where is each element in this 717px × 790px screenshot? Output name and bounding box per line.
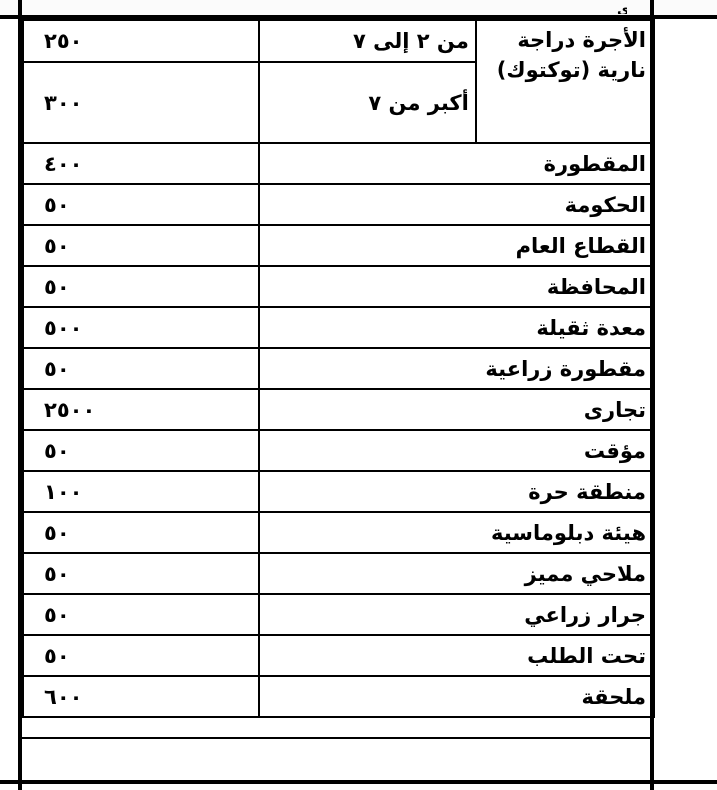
table-row: المقطورة ٤٠٠ [23,143,654,184]
table-row: جرار زراعي ٥٠ [23,594,654,635]
row-value: ٥٠ [23,553,259,594]
table-row: تحت الطلب ٥٠ [23,635,654,676]
row-value: ٤٠٠ [23,143,259,184]
tuktuk-condition-2: أكبر من ٧ [259,62,476,143]
table-row: هيئة دبلوماسية ٥٠ [23,512,654,553]
cut-off-text-fragment: ي [617,6,627,14]
row-value: ٥٠ [23,225,259,266]
table-row-tuktuk-1: الأجرة دراجة نارية (توكتوك) من ٢ إلى ٧ ٢… [23,20,654,62]
table-bottom-line [20,737,652,739]
row-value: ٥٠ [23,594,259,635]
row-value: ٥٠ [23,348,259,389]
row-value: ٢٥٠٠ [23,389,259,430]
row-label: المقطورة [259,143,654,184]
row-label: القطاع العام [259,225,654,266]
tuktuk-condition-1: من ٢ إلى ٧ [259,20,476,62]
tuktuk-value-1: ٢٥٠ [23,20,259,62]
row-label: الحكومة [259,184,654,225]
table-row: ملاحي مميز ٥٠ [23,553,654,594]
table-row: القطاع العام ٥٠ [23,225,654,266]
table-row: منطقة حرة ١٠٠ [23,471,654,512]
row-value: ٦٠٠ [23,676,259,717]
row-label: هيئة دبلوماسية [259,512,654,553]
row-label: ملحقة [259,676,654,717]
row-value: ٥٠ [23,430,259,471]
row-label: مؤقت [259,430,654,471]
row-label: معدة ثقيلة [259,307,654,348]
row-label: منطقة حرة [259,471,654,512]
row-label: تجارى [259,389,654,430]
table-row: المحافظة ٥٠ [23,266,654,307]
row-value: ٥٠٠ [23,307,259,348]
table-row: مؤقت ٥٠ [23,430,654,471]
row-label: جرار زراعي [259,594,654,635]
row-value: ٥٠ [23,635,259,676]
top-strip [0,0,717,15]
table-row: معدة ثقيلة ٥٠٠ [23,307,654,348]
row-label: ملاحي مميز [259,553,654,594]
row-value: ٥٠ [23,266,259,307]
fee-table: الأجرة دراجة نارية (توكتوك) من ٢ إلى ٧ ٢… [22,19,655,718]
table-row: مقطورة زراعية ٥٠ [23,348,654,389]
row-value: ٥٠ [23,512,259,553]
row-value: ٥٠ [23,184,259,225]
row-label: المحافظة [259,266,654,307]
row-label: تحت الطلب [259,635,654,676]
row-value: ١٠٠ [23,471,259,512]
tuktuk-value-2: ٣٠٠ [23,62,259,143]
row-label: مقطورة زراعية [259,348,654,389]
tuktuk-label: الأجرة دراجة نارية (توكتوك) [476,20,654,143]
table-row: الحكومة ٥٠ [23,184,654,225]
table-row: ملحقة ٦٠٠ [23,676,654,717]
table-row: تجارى ٢٥٠٠ [23,389,654,430]
frame-bottom-line [0,780,717,784]
